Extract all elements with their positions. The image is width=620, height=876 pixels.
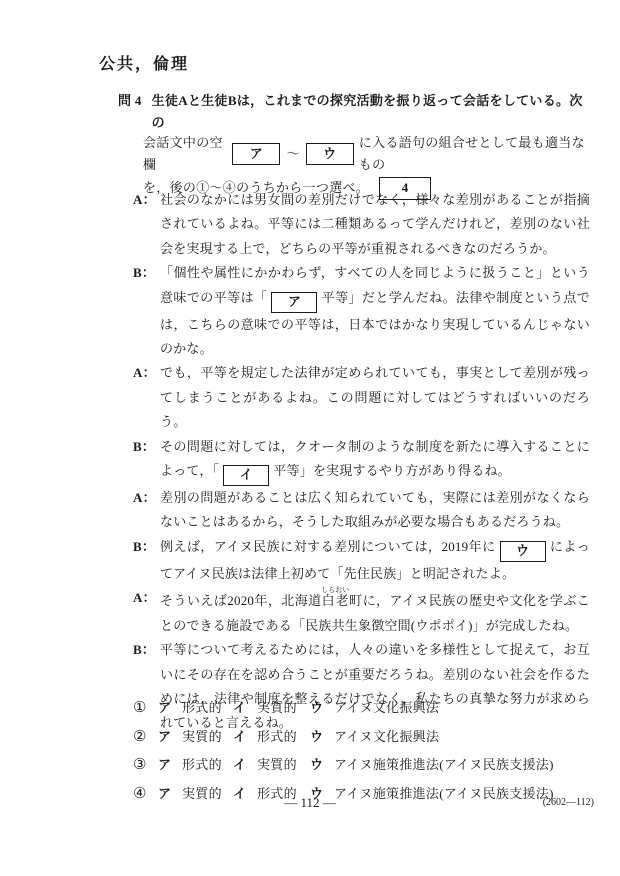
question-number: 問 4	[118, 90, 142, 134]
kana-label-i: イ	[233, 754, 257, 773]
question-line-2: 会話文中の空欄 ア ～ ウ に入る語句の組合せとして最も適当なもの	[143, 139, 588, 169]
page-number: — 112 —	[0, 795, 620, 811]
dialogue-turn: B：「個性や属性にかかわらず，すべての人を同じように扱うこと」という意味での平等…	[133, 261, 590, 361]
dialogue-turn: B：その問題に対しては，クオータ制のような制度を新たに導入することによって，「イ…	[133, 435, 590, 486]
value-i: 実質的	[257, 754, 310, 773]
speaker-label: A：	[133, 361, 160, 434]
ruby-annotated-word: 白老しらおい	[322, 593, 349, 608]
value-a: 形式的	[182, 754, 233, 773]
blank-box-u-inline: ウ	[500, 541, 546, 562]
turn-text: 例えば，アイヌ民族に対する差別については，2019年にウによってアイヌ民族は法律…	[160, 535, 590, 586]
kana-label-u: ウ	[310, 754, 334, 773]
question-text-line1: 生徒Aと生徒Bは，これまでの探究活動を振り返って会話をしている。次の	[152, 90, 588, 134]
turn-text: 「個性や属性にかかわらず，すべての人を同じように扱うこと」という意味での平等は「…	[160, 261, 590, 361]
speaker-label: A：	[133, 188, 160, 261]
turn-text: でも，平等を規定した法律が定められていても，事実として差別が残ってしまうことがあ…	[160, 361, 590, 434]
value-a: 実質的	[182, 726, 233, 745]
kana-label-a: ア	[158, 726, 182, 745]
dialogue: A：社会のなかには男女間の差別だけでなく，様々な差別があることが指摘されているよ…	[133, 188, 590, 736]
dialogue-turn: A：でも，平等を規定した法律が定められていても，事実として差別が残ってしまうこと…	[133, 361, 590, 434]
blank-box-u: ウ	[306, 143, 354, 165]
blank-box-i-inline: イ	[223, 465, 269, 486]
option-number: ③	[133, 755, 158, 774]
speaker-label: A：	[133, 486, 160, 535]
value-i: 形式的	[257, 726, 310, 745]
dialogue-turn: A：差別の問題があることは広く知られていても，実際には差別がなくならないことはあ…	[133, 486, 590, 535]
dialogue-turn: A：そういえば2020年，北海道白老しらおい町に，アイヌ民族の歴史や文化を学ぶこ…	[133, 586, 590, 638]
kana-label-u: ウ	[310, 697, 334, 716]
speaker-label: B：	[133, 435, 160, 486]
kana-label-u: ウ	[310, 726, 334, 745]
exam-page: 公共，倫理 問 4 生徒Aと生徒Bは，これまでの探究活動を振り返って会話をしてい…	[0, 0, 620, 876]
page-footer: — 112 — (2602—112)	[0, 795, 620, 815]
value-a: 形式的	[182, 697, 233, 716]
option-number: ②	[133, 727, 158, 746]
option-2: ②ア実質的イ形式的ウアイヌ文化振興法	[133, 726, 593, 755]
dialogue-turn: A：社会のなかには男女間の差別だけでなく，様々な差別があることが指摘されているよ…	[133, 188, 590, 261]
subject-title: 公共，倫理	[99, 51, 189, 74]
option-1: ①ア形式的イ実質的ウアイヌ文化振興法	[133, 697, 593, 726]
turn-text: その問題に対しては，クオータ制のような制度を新たに導入することによって，「イ平等…	[160, 435, 590, 486]
blank-box-a-inline: ア	[271, 292, 317, 313]
range-tilde: ～	[286, 143, 299, 165]
answer-options: ①ア形式的イ実質的ウアイヌ文化振興法②ア実質的イ形式的ウアイヌ文化振興法③ア形式…	[133, 697, 593, 811]
question-line-1: 問 4 生徒Aと生徒Bは，これまでの探究活動を振り返って会話をしている。次の	[118, 90, 588, 134]
speaker-label: A：	[133, 586, 160, 638]
speaker-label: B：	[133, 261, 160, 361]
value-u: アイヌ文化振興法	[334, 697, 593, 716]
option-3: ③ア形式的イ実質的ウアイヌ施策推進法(アイヌ民族支援法)	[133, 754, 593, 783]
question-text-line2-post: に入る語句の組合せとして最も適当なもの	[359, 132, 588, 176]
value-u: アイヌ文化振興法	[334, 726, 593, 745]
kana-label-a: ア	[158, 697, 182, 716]
speaker-label: B：	[133, 535, 160, 586]
question-text-line2-pre: 会話文中の空欄	[143, 132, 227, 176]
value-u: アイヌ施策推進法(アイヌ民族支援法)	[334, 754, 593, 773]
kana-label-i: イ	[233, 726, 257, 745]
value-i: 実質的	[257, 697, 310, 716]
turn-text: 社会のなかには男女間の差別だけでなく，様々な差別があることが指摘されているよね。…	[160, 188, 590, 261]
turn-text: そういえば2020年，北海道白老しらおい町に，アイヌ民族の歴史や文化を学ぶことの…	[160, 586, 590, 638]
option-number: ①	[133, 698, 158, 717]
turn-text: 差別の問題があることは広く知られていても，実際には差別がなくならないことはあるか…	[160, 486, 590, 535]
kana-label-i: イ	[233, 697, 257, 716]
blank-box-a: ア	[232, 143, 280, 165]
print-code: (2602—112)	[543, 797, 594, 808]
dialogue-turn: B：例えば，アイヌ民族に対する差別については，2019年にウによってアイヌ民族は…	[133, 535, 590, 586]
question-stem: 問 4 生徒Aと生徒Bは，これまでの探究活動を振り返って会話をしている。次の 会…	[118, 90, 588, 203]
kana-label-a: ア	[158, 754, 182, 773]
